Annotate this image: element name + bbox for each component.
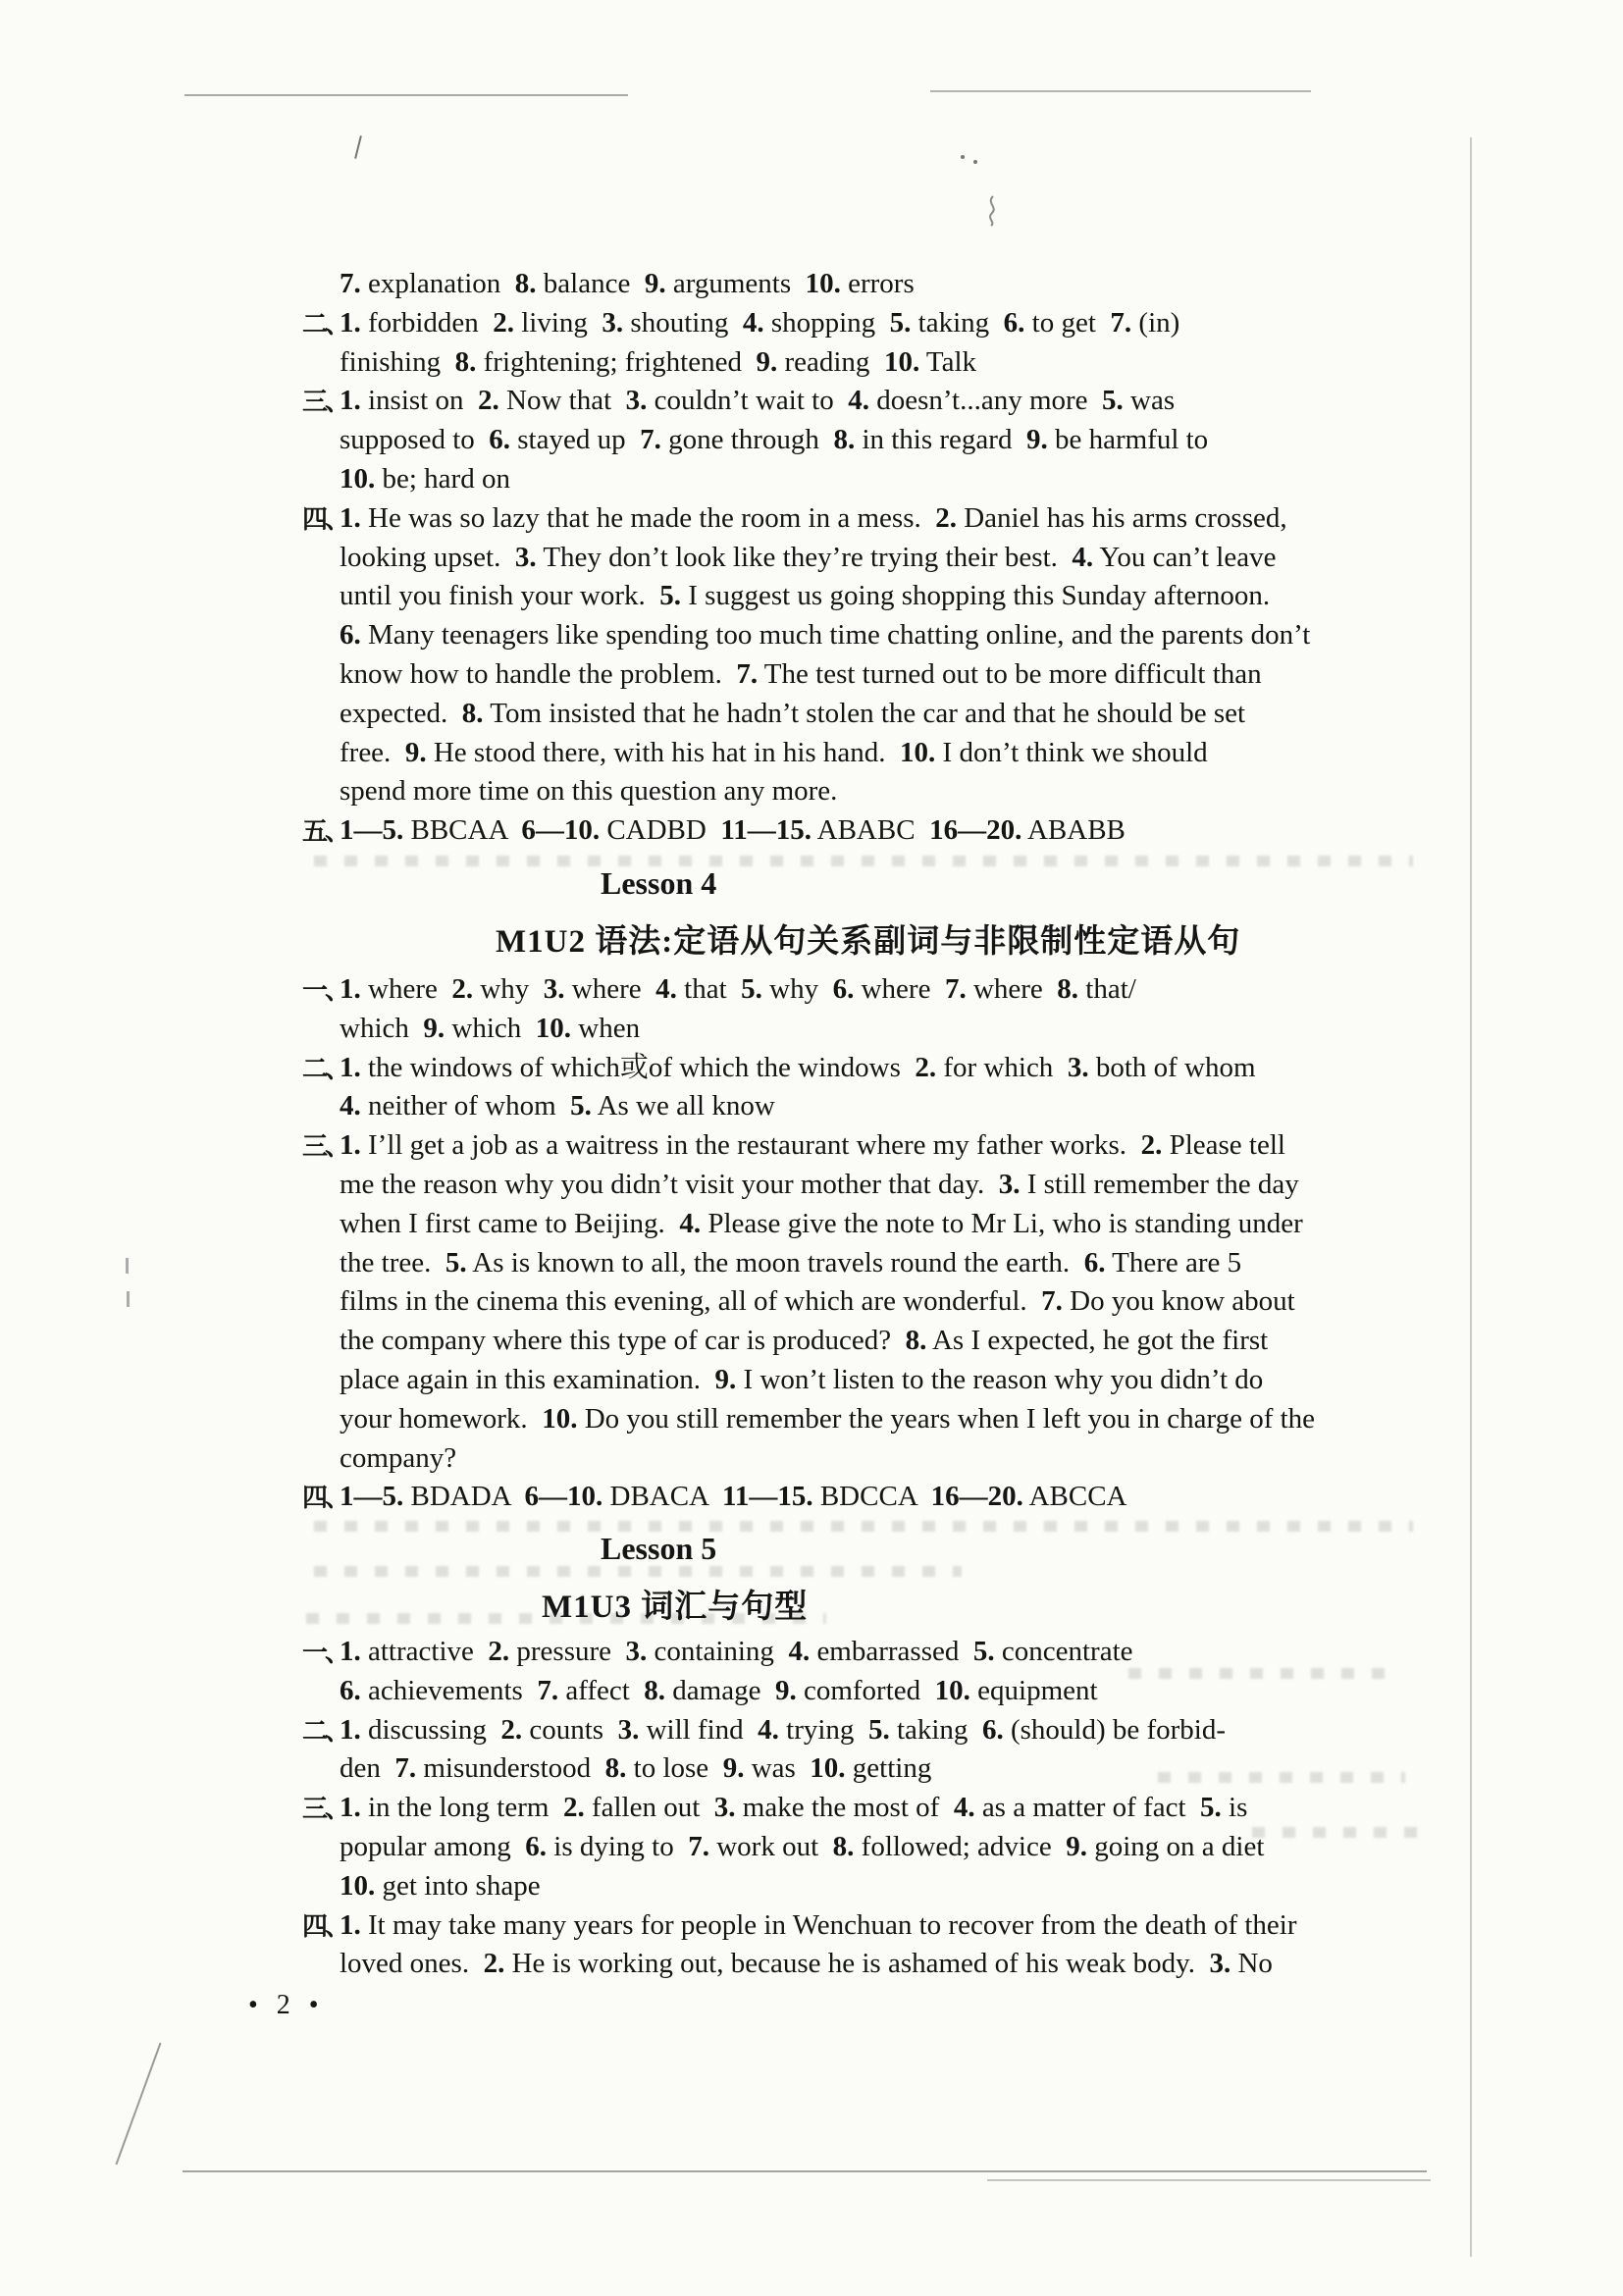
answer-line: until you finish your work. 5. I suggest… [302,577,1421,616]
answer-line: spend more time on this question any mor… [302,772,1421,811]
answer-line: 二、1. discussing 2. counts 3. will find 4… [302,1711,1421,1750]
answer-line: popular among 6. is dying to 7. work out… [302,1828,1421,1867]
section-marker: 一、 [302,1634,347,1673]
answer-line: loved ones. 2. He is working out, becaus… [302,1945,1421,1984]
section-marker: 四、 [302,1907,347,1947]
answer-line: 五、1—5. BBCAA 6—10. CADBD 11—15. ABABC 16… [302,811,1421,851]
answers-block-2: 一、1. where 2. why 3. where 4. that 5. wh… [302,970,1421,1517]
answer-line: 6. achievements 7. affect 8. damage 9. c… [302,1672,1421,1711]
bleed-artifact [314,856,1413,866]
section-marker: 四、 [302,500,347,540]
section-marker: 一、 [302,971,347,1011]
answer-line: 6. Many teenagers like spending too much… [302,616,1421,655]
answer-line: 一、1. where 2. why 3. where 4. that 5. wh… [302,970,1421,1010]
answer-line: place again in this examination. 9. I wo… [302,1361,1421,1400]
answer-line: 四、1. It may take many years for people i… [302,1906,1421,1946]
answer-line: 二、1. the windows of which或of which the w… [302,1049,1421,1088]
answer-line: looking upset. 3. They don’t look like t… [302,539,1421,578]
answer-line: 二、1. forbidden 2. living 3. shouting 4. … [302,304,1421,343]
scan-edge-line-bottom [183,2170,1427,2172]
section-marker: 二、 [302,1050,347,1089]
answer-line: me the reason why you didn’t visit your … [302,1166,1421,1205]
answer-line: which 9. which 10. when [302,1010,1421,1049]
answer-line: 4. neither of whom 5. As we all know [302,1087,1421,1126]
answer-line: 10. get into shape [302,1867,1421,1906]
lesson-5-title: Lesson 5 [601,1531,716,1566]
bleed-artifact [314,1521,1413,1532]
answer-line: 三、1. I’ll get a job as a waitress in the… [302,1126,1421,1166]
answer-line: 一、1. attractive 2. pressure 3. containin… [302,1633,1421,1672]
answer-line: 三、1. in the long term 2. fallen out 3. m… [302,1789,1421,1828]
scan-shadow-right [1470,137,1472,2257]
section-marker: 三、 [302,383,347,422]
answers-block-3: 一、1. attractive 2. pressure 3. containin… [302,1633,1421,1984]
answer-line: 四、1. He was so lazy that he made the roo… [302,499,1421,539]
answer-line: the company where this type of car is pr… [302,1322,1421,1361]
margin-tick-1 [126,1258,129,1274]
lesson-4-title: Lesson 4 [601,865,716,901]
section-marker: 三、 [302,1127,347,1167]
section-marker: 五、 [302,812,347,852]
bleed-artifact [314,1566,962,1577]
pen-slash-mark [354,135,362,159]
m1u3-vocab-heading: M1U3 词汇与句型 [542,1590,808,1625]
page-number: • 2 • [248,1990,325,2021]
section-marker: 二、 [302,305,347,344]
squiggle-mark [984,194,1000,233]
answer-line: expected. 8. Tom insisted that he hadn’t… [302,695,1421,734]
answer-line: 三、1. insist on 2. Now that 3. couldn’t w… [302,382,1421,421]
scanned-page: 7. explanation 8. balance 9. arguments 1… [0,0,1623,2296]
section-marker: 四、 [302,1479,347,1518]
m1u2-grammar-heading: M1U2 语法:定语从句关系副词与非限制性定语从句 [496,924,1240,960]
answer-line: company? [302,1439,1421,1479]
answer-line: know how to handle the problem. 7. The t… [302,655,1421,695]
section-marker: 二、 [302,1712,347,1751]
answer-line: free. 9. He stood there, with his hat in… [302,734,1421,773]
ink-speck-1 [961,155,965,159]
answer-line: 7. explanation 8. balance 9. arguments 1… [302,265,1421,304]
answer-line: finishing 8. frightening; frightened 9. … [302,343,1421,383]
answers-block-1: 7. explanation 8. balance 9. arguments 1… [302,265,1421,851]
page-curl-line [115,2043,161,2166]
answer-line: your homework. 10. Do you still remember… [302,1400,1421,1439]
answer-line: 10. be; hard on [302,460,1421,499]
answer-line: den 7. misunderstood 8. to lose 9. was 1… [302,1749,1421,1789]
answer-line: 四、1—5. BDADA 6—10. DBACA 11—15. BDCCA 16… [302,1478,1421,1517]
answer-line: supposed to 6. stayed up 7. gone through… [302,421,1421,460]
scan-edge-line-bottom-2 [987,2179,1431,2181]
answer-line: films in the cinema this evening, all of… [302,1282,1421,1322]
answer-line: the tree. 5. As is known to all, the moo… [302,1244,1421,1283]
scan-edge-line-top-left [184,94,628,96]
ink-speck-2 [973,160,977,164]
answer-line: when I first came to Beijing. 4. Please … [302,1205,1421,1244]
margin-tick-2 [127,1291,130,1307]
section-marker: 三、 [302,1790,347,1829]
scan-edge-line-top-right [930,90,1311,92]
